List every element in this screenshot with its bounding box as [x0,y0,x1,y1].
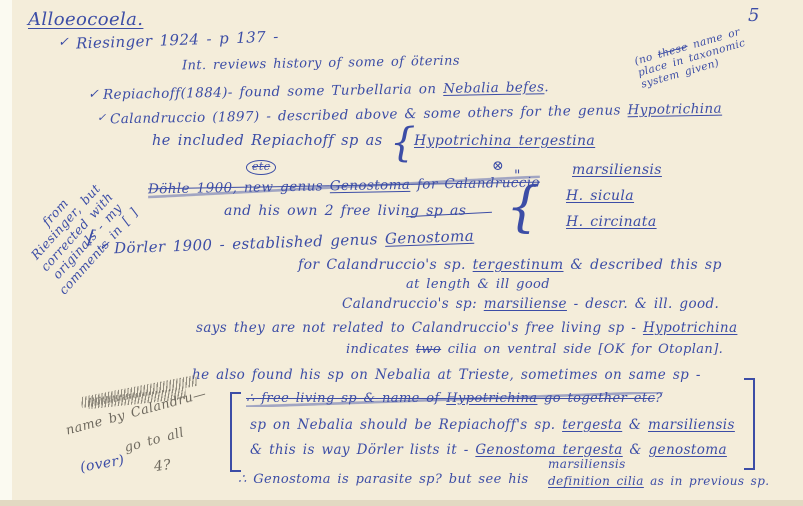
line-calandruccio: Calandruccio (1897) - described above & … [110,102,722,128]
bracket-left [230,392,241,472]
line-int-reviews: Int. reviews history of some of öterins [182,55,460,75]
line-crossed-dohle: Döhle 1900, new genus Genostoma for Cala… [148,176,540,198]
line-definition-cilia: definition cilia as in previous sp. [548,475,770,489]
note-top-right: (no these name orplace in taxonomicsyste… [633,25,750,91]
line-repiachoff: Repiachoff(1884)- found some Turbellaria… [103,80,549,103]
note-margin-left: fromRiesinger, butcorrected withoriginal… [0,152,154,312]
note-over: (over) [79,452,126,476]
bracket-right [744,378,755,470]
line-marsiliense: Calandruccio's sp: marsiliense - descr. … [342,297,719,313]
line-he-included: he included Repiachoff sp as [152,133,383,150]
line-he-also-found: he also found his sp on Nebalia at Tries… [192,368,701,384]
page-number: 5 [748,6,760,27]
index-card: Alloeocoela. 5 ✓Riesinger 1924 - p 137 -… [0,0,803,506]
line-hypotrichina-tergestina: Hypotrichina tergestina [414,133,595,149]
line-h-sicula: H. sicula [566,188,634,204]
pencil-note-4: 4? [153,457,172,475]
check-icon: ✓ [97,112,107,125]
check-icon: ✓ [88,88,99,103]
card-title: Alloeocoela. [28,10,143,31]
circled-etc: etc [246,160,276,175]
otimes-mark: ⊗ [492,158,504,174]
brace: { [390,120,416,166]
brace: { [506,176,541,238]
line-at-length: at length & ill good [406,278,550,293]
line-for-calandruccios: for Calandruccio's sp. tergestinum & des… [298,257,722,273]
pencil-note-go-to-all: go to all [123,426,186,456]
line-genostoma-parasite: ∴ Genostoma is parasite sp? but see his [238,473,529,488]
line-sp-on-nebalia: sp on Nebalia should be Repiachoff's sp.… [250,418,735,434]
line-marsiliensis-insert: marsiliensis [548,458,626,472]
line-this-is-way: & this is way Dörler lists it - Genostom… [250,443,727,459]
check-icon: ✓ [58,36,69,51]
line-says-they: says they are not related to Calandrucci… [196,321,737,337]
line-riesinger: Riesinger 1924 - p 137 - [76,28,279,52]
line-and-his-own: and his own 2 free living sp as [224,203,466,219]
line-dorler: Dörler 1900 - established genus Genostom… [114,228,475,258]
line-h-circinata: H. circinata [566,214,657,230]
line-marsiliensis: marsiliensis [572,162,662,178]
line-indicates: indicates two cilia on ventral side [OK … [346,343,723,358]
line-crossed-free-living: ∴ free living sp & name of Hypotrichina … [246,392,663,407]
